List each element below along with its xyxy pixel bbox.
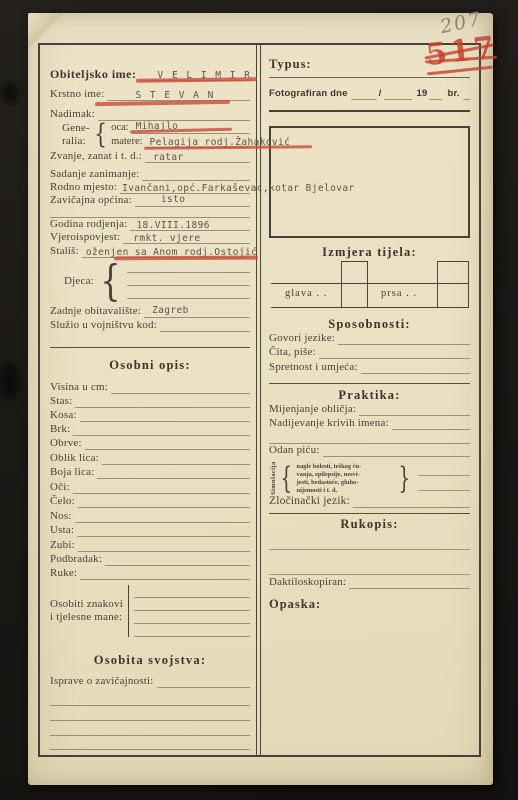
body-measure-heading: Izmjera tijela: [269,245,470,260]
abilities-heading: Sposobnosti: [269,317,470,332]
children-brace: { [100,260,120,302]
chest-measure-cell [437,261,469,308]
field-birthplace: Rodno mjesto: Ivančani,opć.Farkaševac,ko… [50,181,250,194]
marital-line: oženjen sa Anom rodj.Ostojić [82,244,250,258]
municipality-value: isto [161,194,185,205]
field-kosa: Kosa: [50,409,250,422]
fingerprinted-label: Daktiloskopiran: [269,576,346,589]
field-family-name: Obiteljsko ime: V E L I M I R [50,67,250,81]
nickname-line [98,107,250,121]
birth-date-line: 18.VIII.1896 [130,217,250,231]
field-boja-lica: Boja lica: [50,466,250,479]
form-frame: Obiteljsko ime: V E L I M I R Krstno ime… [38,43,481,757]
field-religion: Vjeroispovjest: rmkt. vjere [50,231,250,244]
field-languages: Govori jezike: [269,332,470,345]
body-measurement-table: glava . . prsa . . [269,261,470,308]
field-occupation: Zvanje, zanat i t. d.: ratar [50,150,250,163]
family-name-line: V E L I M I R [140,67,251,81]
field-celo: Čelo: [50,495,250,508]
drink-label: Odan piću: [269,444,320,457]
red-underline-family-name [135,77,256,82]
birth-date-value: 18.VIII.1896 [136,220,209,231]
special-marks-block: Osobiti znakovi i tjelesne mane: [50,585,250,637]
residence-line: Zagreb [144,304,250,318]
genealia-label: Gene- ralia: [50,122,90,148]
praktika-heading: Praktika: [269,388,470,403]
field-oblik-lica: Oblik lica: [50,452,250,465]
simulation-vertical-label: Simulacija [269,463,278,495]
religion-line: rmkt. vjere [123,230,250,244]
father-line: Mihajlo [132,120,250,134]
genealia-block: Gene- ralia: { oca: Mihajlo [50,121,250,148]
field-podbradak: Podbradak: [50,553,250,566]
children-label: Djeca: [50,275,94,288]
photographed-label: Fotografiran dne [269,88,348,100]
field-fingerprinted: Daktiloskopiran: [269,576,470,589]
head-measure-cell [341,261,368,308]
binding-mark-top [2,82,18,104]
simulation-lines [412,462,470,495]
field-documents: Isprave o zavičajnosti: [50,675,250,688]
religion-value: rmkt. vjere [133,233,200,244]
field-military: Služio u vojništvu kod: [50,319,250,332]
field-photographed: Fotografiran dne / 19 br. [269,87,470,100]
field-zubi: Zubi: [50,539,250,552]
field-stas: Stas: [50,395,250,408]
birthplace-line: Ivančani,opć.Farkaševac,kotar Bjelovar [120,180,250,194]
current-job-line [142,167,250,181]
typus-line [269,77,470,78]
religion-label: Vjeroispovjest: [50,231,120,244]
photo-section-rule [269,110,470,112]
paper-corner-fold [28,13,72,47]
chest-measure-label: prsa . . [381,288,417,300]
field-usta: Usta: [50,524,250,537]
mother-line: Pelagija rodj.Žahaković [146,134,250,148]
special-marks-line [134,624,250,637]
first-name-line: S T E V A N [107,87,250,101]
simulation-open-brace: { [280,464,292,494]
special-marks-label: Osobiti znakovi i tjelesne mane: [50,598,123,624]
form-paper: Obiteljsko ime: V E L I M I R Krstno ime… [28,13,493,785]
scanned-document-page: Obiteljsko ime: V E L I M I R Krstno ime… [0,0,518,800]
military-label: Služio u vojništvu kod: [50,319,157,332]
documents-label: Isprave o zavičajnosti: [50,675,154,688]
red-underline-marital [114,256,258,261]
field-criminal-language: Zločinački jezik: [269,495,470,508]
field-brk: Brk: [50,423,250,436]
field-marital: Stališ: oženjen sa Anom rodj.Ostojić [50,245,250,258]
handwriting-line [269,549,470,550]
military-line [160,318,250,332]
photographed-year: 19 [417,88,428,100]
occupation-line: ratar [145,149,250,163]
photographed-br: br. [447,88,459,100]
residence-value: Zagreb [152,305,189,316]
genealia-brace: { [94,121,107,148]
birthplace-label: Rodno mjesto: [50,181,117,194]
municipality-line: isto [135,193,250,207]
remark-label: Opaska: [269,597,470,611]
field-skills: Spretnost i umjeća: [269,361,470,374]
binding-mark-middle [0,362,20,400]
left-column: Obiteljsko ime: V E L I M I R Krstno ime… [40,45,256,755]
mother-label: matere: [111,136,142,148]
marital-label: Stališ: [50,245,79,258]
blank-ruled-line [50,737,250,750]
handwriting-heading: Rukopis: [269,517,470,532]
photo-box [269,126,470,238]
field-reads-writes: Čita, piše: [269,346,470,359]
family-name-label: Obiteljsko ime: [50,67,137,81]
field-obrve: Obrve: [50,437,250,450]
section-rule [50,347,250,348]
personal-description-heading: Osobni opis: [50,358,250,373]
field-drink: Odan piću: [269,444,470,457]
documents-line [157,674,250,688]
father-label: oca: [111,122,129,134]
blank-ruled-line [50,708,250,721]
criminal-language-label: Zločinački jezik: [269,495,350,508]
birthplace-value: Ivančani,opć.Farkaševac,kotar Bjelovar [122,183,355,194]
photographed-slash: / [379,88,382,100]
first-name-label: Krstno ime: [50,88,104,101]
special-traits-heading: Osobita svojstva: [50,653,250,668]
section-rule [269,383,470,384]
simulation-close-brace: } [398,464,410,494]
section-rule [269,513,470,514]
occupation-value: ratar [153,152,184,163]
field-nos: Nos: [50,510,250,523]
right-column: Typus: Fotografiran dne / 19 br. Izmjera… [261,45,479,755]
birth-date-label: Godina rodjenja: [50,218,127,231]
field-residence: Zadnje obitavalište: Zagreb [50,305,250,318]
field-ruke: Ruke: [50,567,250,580]
head-measure-label: glava . . [285,288,327,300]
nickname-label: Nadimak: [50,108,95,121]
field-false-names: Nadijevanje krivih imena: [269,417,470,430]
blank-ruled-line [50,693,250,706]
children-line [127,286,250,299]
occupation-label: Zvanje, zanat i t. d.: [50,150,142,163]
simulation-block: Simulacija { nagle bolesti, teškog ču- v… [269,462,470,495]
red-underline-first-name [95,100,230,106]
field-oci: Oči: [50,481,250,494]
residence-label: Zadnje obitavalište: [50,305,141,318]
blank-ruled-line [50,723,250,736]
simulation-text: nagle bolesti, teškog ču- vanja, epileps… [297,463,394,495]
field-visina: Visina u cm: [50,381,250,394]
field-shape-change: Mijenjanje obličja: [269,403,470,416]
field-mother: matere: Pelagija rodj.Žahaković [111,135,250,148]
field-father: oca: Mihajlo [111,121,250,134]
field-first-name: Krstno ime: S T E V A N [50,88,250,101]
special-marks-brace [128,585,129,637]
children-block: Djeca: { [50,260,250,302]
